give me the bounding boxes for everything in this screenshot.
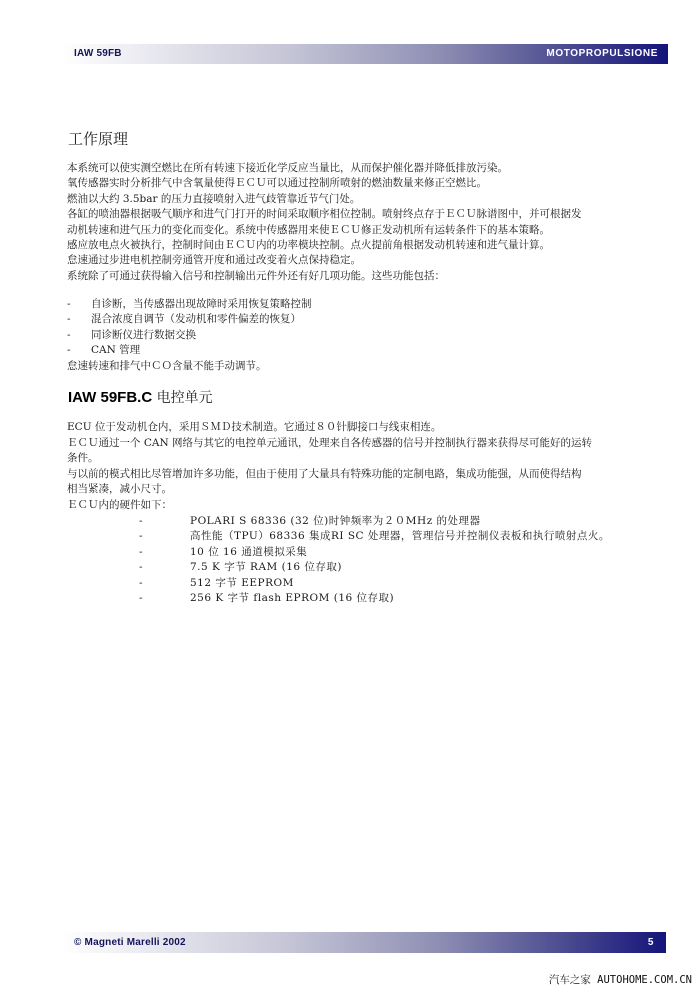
paragraph-line: ＥＣＵ内的硬件如下： xyxy=(67,498,647,514)
footer-copyright: © Magneti Marelli 2002 xyxy=(74,937,186,948)
header-section-name: MOTOPROPULSIONE xyxy=(546,48,658,59)
paragraph-line: 本系统可以使实测空燃比在所有转速下接近化学反应当量比，从而保护催化器并降低排放污… xyxy=(67,161,647,176)
ecu-body: ECU 位于发动机仓内，采用ＳＭＤ技术制造。它通过８０针脚接口与线束相连。 ＥＣ… xyxy=(67,420,647,514)
header-doc-code: IAW 59FB xyxy=(74,48,122,59)
list-dash: - xyxy=(139,576,143,591)
list-item-text: 512 字节 EEPROM xyxy=(190,576,294,591)
list-item-text: 自诊断，当传感器出现故障时采用恢复策略控制 xyxy=(91,297,312,312)
paragraph-line: ECU 位于发动机仓内，采用ＳＭＤ技术制造。它通过８０针脚接口与线束相连。 xyxy=(67,420,647,436)
working-principle-body: 本系统可以使实测空燃比在所有转速下接近化学反应当量比，从而保护催化器并降低排放污… xyxy=(67,161,647,284)
list-dash: - xyxy=(139,545,143,560)
list-dash: - xyxy=(139,591,143,606)
list-item-text: CAN 管理 xyxy=(91,343,140,358)
page-number: 5 xyxy=(648,937,654,948)
paragraph-line: ＥＣＵ通过一个 CAN 网络与其它的电控单元通讯，处理来自各传感器的信号并控制执… xyxy=(67,436,647,452)
section-title-ecu: IAW 59FB.C 电控单元 xyxy=(68,387,213,407)
page-header-bar: IAW 59FB MOTOPROPULSIONE xyxy=(62,44,668,64)
page-footer-bar: © Magneti Marelli 2002 5 xyxy=(62,932,666,953)
paragraph-line: 动机转速和进气压力的变化而变化。系统中传感器用来使ＥＣＵ修正发动机所有运转条件下… xyxy=(67,223,647,238)
list-item: - POLARI S 68336 (32 位)时钟频率为２０MHz 的处理器 xyxy=(67,514,647,529)
list-item: - 高性能（TPU）68336 集成RI SC 处理器，管理信号并控制仪表板和执… xyxy=(67,529,647,544)
paragraph-line: 相当紧凑，减小尺寸。 xyxy=(67,482,647,498)
paragraph-line: 与以前的模式相比尽管增加许多功能，但由于使用了大量具有特殊功能的定制电路，集成功… xyxy=(67,467,647,483)
hardware-list: - POLARI S 68336 (32 位)时钟频率为２０MHz 的处理器 -… xyxy=(67,514,647,606)
site-watermark: 汽车之家 AUTOHOME.COM.CN xyxy=(549,972,692,987)
paragraph-line: 系统除了可通过获得输入信号和控制输出元件外还有好几项功能。这些功能包括： xyxy=(67,269,647,284)
list-item: - 自诊断，当传感器出现故障时采用恢复策略控制 xyxy=(67,297,647,312)
list-dash: - xyxy=(139,514,143,529)
list-dash: - xyxy=(67,343,71,358)
list-dash: - xyxy=(67,312,71,327)
paragraph-line: 各缸的喷油器根据吸气顺序和进气门打开的时间采取顺序相位控制。喷射终点存于ＥＣＵ脉… xyxy=(67,207,647,222)
list-item-text: 混合浓度自调节（发动机和零件偏差的恢复） xyxy=(91,312,301,327)
list-item-text: 高性能（TPU）68336 集成RI SC 处理器，管理信号并控制仪表板和执行喷… xyxy=(190,529,610,544)
function-list: - 自诊断，当传感器出现故障时采用恢复策略控制 - 混合浓度自调节（发动机和零件… xyxy=(67,297,647,359)
list-item: - 7.5 K 字节 RAM (16 位存取) xyxy=(67,560,647,575)
list-dash: - xyxy=(67,328,71,343)
paragraph-line: 怠速通过步进电机控制旁通管开度和通过改变着火点保持稳定。 xyxy=(67,253,647,268)
paragraph-line: 燃油以大约 3.5bar 的压力直接喷射入进气歧管靠近节气门处。 xyxy=(67,192,647,207)
watermark-domain: AUTOHOME.COM.CN xyxy=(591,974,692,986)
list-dash: - xyxy=(139,560,143,575)
watermark-cn: 汽车之家 xyxy=(549,974,591,986)
section-title-ecu-code: IAW 59FB.C xyxy=(68,389,152,406)
paragraph-line: 条件。 xyxy=(67,451,647,467)
section-title-ecu-label: 电控单元 xyxy=(152,390,212,406)
list-item-text: 256 K 字节 flash EPROM (16 位存取) xyxy=(190,591,394,606)
list-dash: - xyxy=(139,529,143,544)
list-item: - 混合浓度自调节（发动机和零件偏差的恢复） xyxy=(67,312,647,327)
list-item: - 256 K 字节 flash EPROM (16 位存取) xyxy=(67,591,647,606)
paragraph-line: 氧传感器实时分析排气中含氧量使得ＥＣＵ可以通过控制所喷射的燃油数量来修正空燃比。 xyxy=(67,176,647,191)
section-title-working-principle: 工作原理 xyxy=(68,128,128,149)
paragraph-line: 感应放电点火被执行，控制时间由ＥＣＵ内的功率模块控制。点火提前角根据发动机转速和… xyxy=(67,238,647,253)
list-item: - 10 位 16 通道模拟采集 xyxy=(67,545,647,560)
list-item-text: 同诊断仪进行数据交换 xyxy=(91,328,196,343)
list-item-text: POLARI S 68336 (32 位)时钟频率为２０MHz 的处理器 xyxy=(190,514,481,529)
closing-sentence: 怠速转速和排气中ＣＯ含量不能手动调节。 xyxy=(67,359,267,374)
list-item-text: 10 位 16 通道模拟采集 xyxy=(190,545,307,560)
list-item: - CAN 管理 xyxy=(67,343,647,358)
list-dash: - xyxy=(67,297,71,312)
list-item-text: 7.5 K 字节 RAM (16 位存取) xyxy=(190,560,342,575)
list-item: - 同诊断仪进行数据交换 xyxy=(67,328,647,343)
list-item: - 512 字节 EEPROM xyxy=(67,576,647,591)
